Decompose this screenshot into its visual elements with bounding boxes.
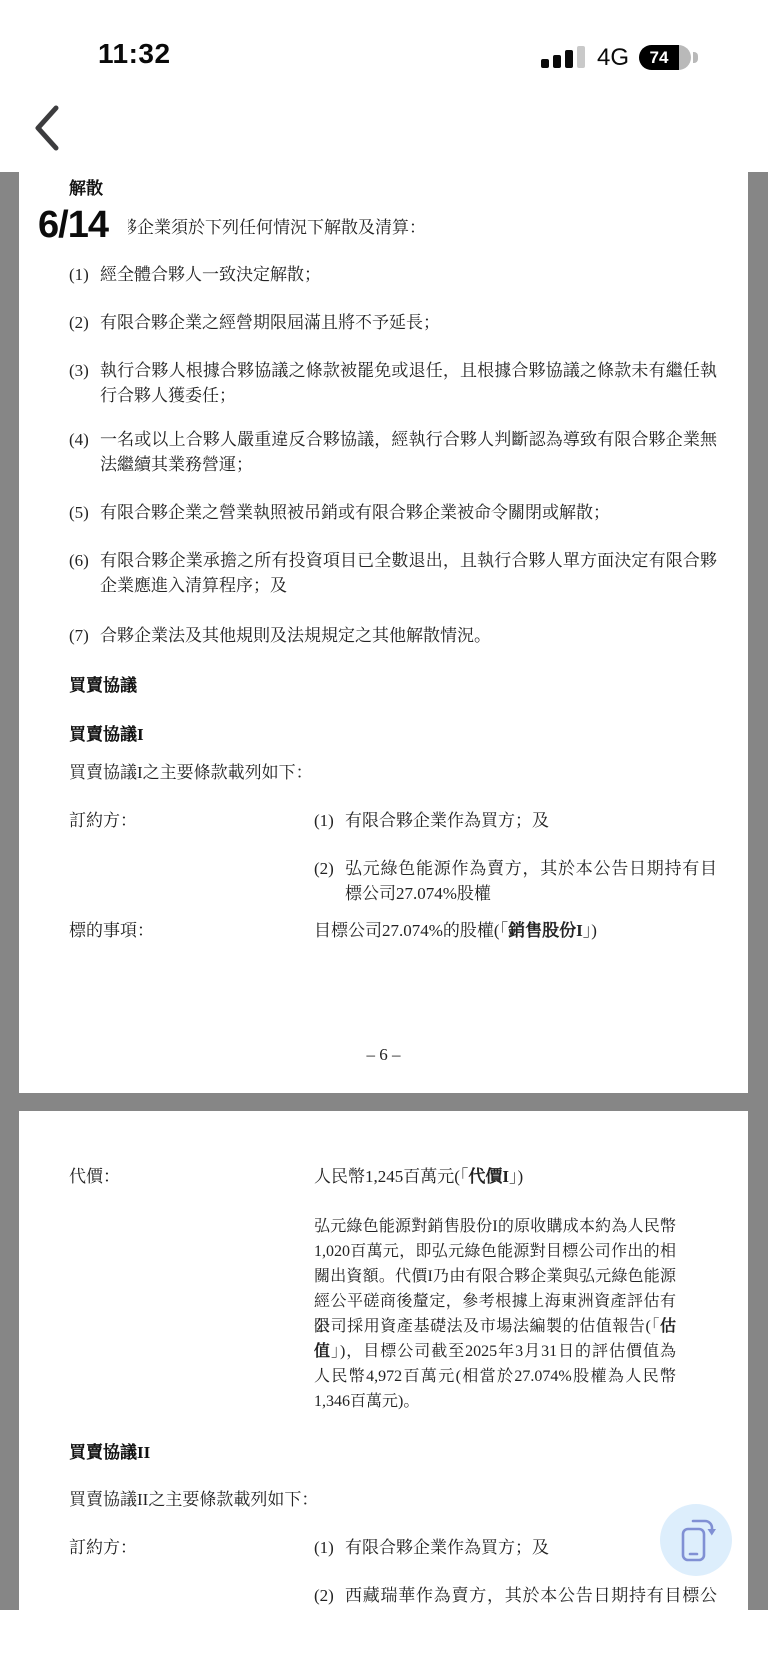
consideration-paragraph-line: 1,020百萬元，即弘元綠色能源對目標公司作出的相 — [314, 1239, 676, 1264]
party-text: 有限合夥企業作為買方；及 — [345, 808, 549, 833]
battery-percent: 74 — [639, 45, 679, 70]
pdf-page-7: 代價： 人民幣1,245百萬元(「代價I」) 弘元綠色能源對銷售股份I的原收購成… — [19, 1111, 748, 1610]
consideration-paragraph-line: 值」)，目標公司截至2025年3月31日的評估價值為 — [314, 1339, 676, 1364]
row-label-parties: 訂約方： — [69, 808, 137, 833]
list-item-text: 有限合夥企業之經營期限屆滿且將不予延長； — [100, 310, 440, 335]
list-item-number: (6) — [69, 548, 89, 573]
page-footer-number: – 6 – — [19, 1042, 748, 1067]
section-heading-sale-agreement-1: 買賣協議I — [69, 722, 144, 747]
party-number: (1) — [314, 808, 334, 833]
screen: { "status_bar": { "time": "11:32", "netw… — [0, 0, 768, 1669]
party-number: (2) — [314, 856, 334, 881]
battery-icon: 74 — [639, 45, 691, 70]
back-button[interactable] — [26, 100, 74, 156]
list-item-text: 經全體合夥人一致決定解散； — [100, 262, 321, 287]
consideration-paragraph-line: 弘元綠色能源對銷售股份I的原收購成本約為人民幣 — [314, 1214, 676, 1239]
list-item-number: (7) — [69, 623, 89, 648]
battery-tip — [693, 52, 698, 63]
list-item-text: 有限合夥企業承擔之所有投資項目已全數退出，且執行合夥人單方面決定有限合夥 — [100, 548, 717, 573]
row-label-consideration: 代價： — [69, 1164, 120, 1189]
list-item-text: 合夥企業法及其他規則及法規規定之其他解散情況。 — [100, 623, 491, 648]
sale2-intro: 買賣協議II之主要條款載列如下： — [69, 1487, 318, 1512]
list-item-text: 一名或以上合夥人嚴重違反合夥協議，經執行合夥人判斷認為導致有限合夥企業無 — [100, 427, 717, 452]
rotate-phone-icon — [676, 1517, 716, 1563]
cellular-signal-icon — [541, 46, 587, 68]
list-item-text: 企業應進入清算程序；及 — [100, 573, 287, 598]
consideration-paragraph-line: 公司採用資產基礎法及市場法編製的估值報告(「估 — [314, 1314, 676, 1339]
list-item-text: 執行合夥人根據合夥協議之條款被罷免或退任，且根據合夥協議之條款未有繼任執 — [100, 358, 717, 383]
consideration-value: 人民幣1,245百萬元(「代價I」) — [314, 1164, 523, 1189]
list-item-text: 法繼續其業務營運； — [100, 452, 253, 477]
chevron-left-icon — [26, 100, 74, 156]
row-label-parties: 訂約方： — [69, 1535, 137, 1560]
consideration-paragraph-line: 關出資額。代價I乃由有限合夥企業與弘元綠色能源 — [314, 1264, 676, 1289]
network-type-label: 4G — [597, 44, 629, 72]
party-text: 西藏瑞華作為賣方，其於本公告日期持有目標公 — [345, 1583, 717, 1608]
section-heading-dissolution: 解散 — [69, 176, 103, 201]
consideration-paragraph-line: 人民幣4,972百萬元(相當於27.074%股權為人民幣 — [314, 1364, 676, 1389]
party-text: 弘元綠色能源作為賣方，其於本公告日期持有目 — [345, 856, 717, 881]
list-item-text: 有限合夥企業之營業執照被吊銷或有限合夥企業被命令關閉或解散； — [100, 500, 610, 525]
list-item-text: 行合夥人獲委任； — [100, 383, 236, 408]
party-text: 有限合夥企業作為買方；及 — [345, 1535, 549, 1560]
subject-value: 目標公司27.074%的股權(「銷售股份I」) — [314, 918, 597, 943]
pdf-viewer-scroll-area[interactable]: 解散 有限合夥企業須於下列任何情況下解散及清算： (1) 經全體合夥人一致決定解… — [0, 172, 768, 1610]
section-heading-sale-agreements: 買賣協議 — [69, 673, 137, 698]
party-text: 標公司27.074%股權 — [345, 881, 491, 906]
party-number: (1) — [314, 1535, 334, 1560]
rotate-screen-button[interactable] — [660, 1504, 732, 1576]
status-bar: 11:32 4G 74 — [0, 0, 768, 100]
list-item-number: (5) — [69, 500, 89, 525]
list-item-number: (2) — [69, 310, 89, 335]
party-number: (2) — [314, 1583, 334, 1608]
clock: 11:32 — [98, 38, 171, 70]
page-indicator-text: 6/14 — [38, 204, 108, 247]
list-item-number: (1) — [69, 262, 89, 287]
section-heading-sale-agreement-2: 買賣協議II — [69, 1440, 150, 1465]
consideration-paragraph-line: 1,346百萬元)。 — [314, 1389, 676, 1414]
list-item-number: (4) — [69, 427, 89, 452]
pdf-page-6: 解散 有限合夥企業須於下列任何情況下解散及清算： (1) 經全體合夥人一致決定解… — [19, 172, 748, 1093]
sale1-intro: 買賣協議I之主要條款載列如下： — [69, 760, 313, 785]
row-label-subject: 標的事項： — [69, 918, 154, 943]
list-item-number: (3) — [69, 358, 89, 383]
page-indicator-badge: 6/14 — [38, 199, 128, 251]
